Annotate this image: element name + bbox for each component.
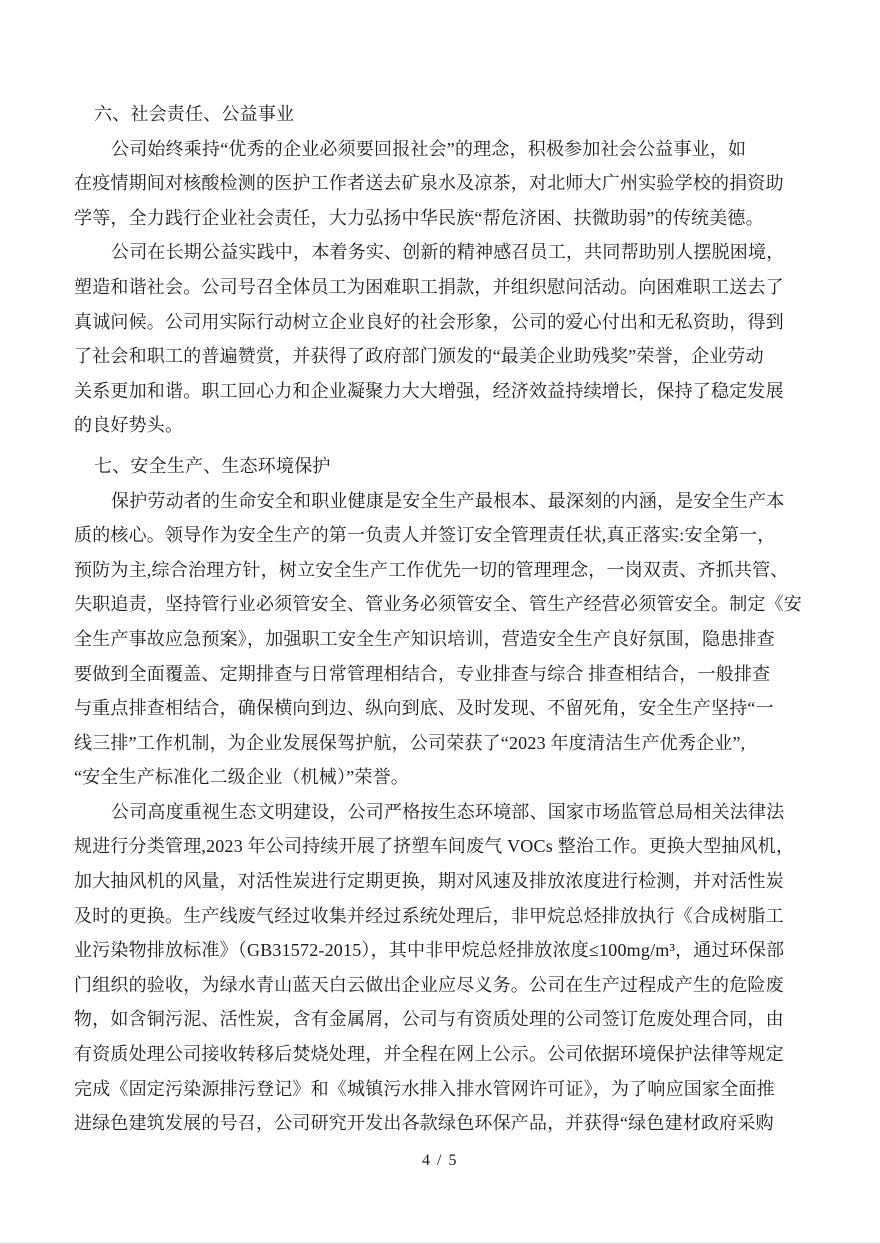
text-line: 塑造和谐社会。公司号召全体员工为困难职工捐款，并组织慰问活动。向困难职工送去了 — [74, 270, 786, 305]
text-line: 及时的更换。生产线废气经过收集并经过系统处理后，非甲烷总烃排放执行《合成树脂工 — [74, 899, 786, 934]
section-7-heading: 七、安全生产、生态环境保护 — [74, 449, 786, 484]
text-line: 要做到全面覆盖、定期排查与日常管理相结合，专业排查与综合 排查相结合，一般排查 — [74, 657, 786, 692]
document-text-block: 六、社会责任、公益事业 公司始终乘持“优秀的企业必须要回报社会”的理念，积极参加… — [74, 97, 786, 1141]
text-line: 物，如含铜污泥、活性炭，含有金属屑，公司与有资质处理的公司签订危废处理合同，由 — [74, 1002, 786, 1037]
footer-page-number: 4 / 5 — [0, 1152, 880, 1170]
text-line: “安全生产标准化二级企业（机械）”荣誉。 — [74, 760, 786, 795]
text-line: 质的核心。领导作为安全生产的第一负责人并签订安全管理责任状,真正落实:安全第一， — [74, 518, 786, 553]
document-page: 六、社会责任、公益事业 公司始终乘持“优秀的企业必须要回报社会”的理念，积极参加… — [0, 0, 880, 1244]
text-line: 与重点排查相结合，确保横向到边、纵向到底、及时发现、不留死角，安全生产坚持“一 — [74, 691, 786, 726]
text-line: 预防为主,综合治理方针，树立安全生产工作优先一切的管理理念，一岗双责、齐抓共管、 — [74, 553, 786, 588]
text-line: 业污染物排放标准》（GB31572-2015），其中非甲烷总烃排放浓度≤100m… — [74, 933, 786, 968]
text-line: 保护劳动者的生命安全和职业健康是安全生产最根本、最深刻的内涵，是安全生产本 — [74, 484, 786, 519]
text-line: 了社会和职工的普遍赞赏，并获得了政府部门颁发的“最美企业助残奖”荣誉，企业劳动 — [74, 339, 786, 374]
text-line: 真诚问候。公司用实际行动树立企业良好的社会形象，公司的爱心付出和无私资助，得到 — [74, 305, 786, 340]
text-line: 失职追责，坚持管行业必须管安全、管业务必须管安全、管生产经营必须管安全。制定《安 — [74, 587, 786, 622]
text-line: 学等，全力践行企业社会责任，大力弘扬中华民族“帮危济困、扶微助弱”的传统美德。 — [74, 201, 786, 236]
text-line: 公司在长期公益实践中，本着务实、创新的精神感召员工，共同帮助别人摆脱困境， — [74, 235, 786, 270]
text-line: 有资质处理公司接收转移后焚烧处理，并全程在网上公示。公司依据环境保护法律等规定 — [74, 1037, 786, 1072]
text-line: 关系更加和谐。职工回心力和企业凝聚力大大增强，经济效益持续增长，保持了稳定发展 — [74, 374, 786, 409]
text-line: 的良好势头。 — [74, 408, 786, 443]
text-line: 进绿色建筑发展的号召，公司研究开发出各款绿色环保产品，并获得“绿色建材政府采购 — [74, 1106, 786, 1141]
text-line: 公司始终乘持“优秀的企业必须要回报社会”的理念，积极参加社会公益事业，如 — [74, 132, 786, 167]
text-line: 规进行分类管理,2023 年公司持续开展了挤塑车间废气 VOCs 整治工作。更换… — [74, 829, 786, 864]
text-line: 在疫情期间对核酸检测的医护工作者送去矿泉水及凉茶，对北师大广州实验学校的捐资助 — [74, 166, 786, 201]
text-line: 门组织的验收，为绿水青山蓝天白云做出企业应尽义务。公司在生产过程成产生的危险废 — [74, 968, 786, 1003]
text-line: 全生产事故应急预案》，加强职工安全生产知识培训，营造安全生产良好氛围，隐患排查 — [74, 622, 786, 657]
text-line: 完成《固定污染源排污登记》和《城镇污水排入排水管网许可证》，为了响应国家全面推 — [74, 1072, 786, 1107]
text-line: 线三排”工作机制，为企业发展保驾护航，公司荣获了“2023 年度清洁生产优秀企业… — [74, 726, 786, 761]
section-6-heading: 六、社会责任、公益事业 — [74, 97, 786, 132]
text-line: 加大抽风机的风量，对活性炭进行定期更换，期对风速及排放浓度进行检测，并对活性炭 — [74, 864, 786, 899]
text-line: 公司高度重视生态文明建设，公司严格按生态环境部、国家市场监管总局相关法律法 — [74, 795, 786, 830]
